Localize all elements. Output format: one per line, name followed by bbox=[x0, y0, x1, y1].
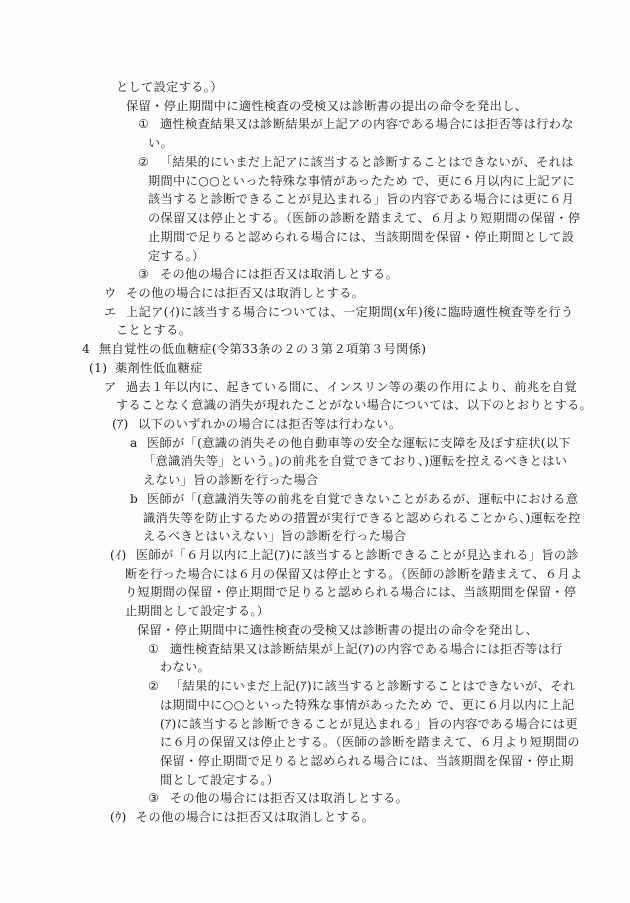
document-line: の保留又は停止とする。（医師の診断を踏まえて、６月より短期間の保留・停 bbox=[148, 210, 580, 226]
line-text: 保留・停止期間中に適性検査の受検又は診断書の提出の命令を発出し、 bbox=[137, 623, 538, 637]
list-marker: ② bbox=[148, 678, 170, 694]
list-marker: a bbox=[130, 435, 147, 451]
line-text: 薬剤性低血糖症 bbox=[115, 361, 203, 375]
list-marker: ウ bbox=[104, 285, 126, 301]
document-line: 該当すると診断できることが見込まれる」旨の内容である場合には更に６月 bbox=[148, 191, 574, 207]
line-text: 間として設定する。） bbox=[160, 773, 279, 787]
list-marker: b bbox=[130, 491, 147, 507]
list-marker: 4 bbox=[82, 341, 99, 357]
line-text: こととする。 bbox=[116, 323, 191, 337]
line-text: 「結果的にいまだ上記アに該当すると診断することはできないが、それは bbox=[160, 155, 574, 169]
document-line: わない。 bbox=[160, 659, 210, 675]
list-marker: ③ bbox=[138, 266, 160, 282]
line-text: 識消失等を防止するための措置が実行できると認められることから、)運転を控 bbox=[143, 511, 581, 525]
line-text: 適性検査結果又は診断結果が上記アの内容である場合には拒否等は行わな bbox=[160, 117, 574, 131]
line-text: (ｱ)に該当すると診断できることが見込まれる」旨の内容である場合には更 bbox=[160, 717, 578, 731]
document-line: ウその他の場合には拒否又は取消しとする。 bbox=[104, 285, 364, 301]
document-line: ①適性検査結果又は診断結果が上記アの内容である場合には拒否等は行わな bbox=[138, 116, 574, 132]
line-text: 「結果的にいまだ上記(ｱ)に該当すると診断することはできないが、それ bbox=[170, 679, 575, 693]
line-text: 止期間で足りると認められる場合には、当該期間を保留・停止期間として設 bbox=[148, 230, 574, 244]
line-text: は期間中に○○といった特殊な事情があったため で、更に６月以内に上記 bbox=[160, 698, 575, 712]
line-text: その他の場合には拒否又は取消しとする。 bbox=[126, 286, 364, 300]
line-text: 医師が「(意識の消失その他自動車等の安全な運転に支障を及ぼす症状(以下 bbox=[147, 436, 571, 450]
line-text: の保留又は停止とする。（医師の診断を踏まえて、６月より短期間の保留・停 bbox=[148, 211, 580, 225]
document-line: (1)薬剤性低血糖症 bbox=[89, 360, 203, 376]
document-line: 保留・停止期間中に適性検査の受検又は診断書の提出の命令を発出し、 bbox=[126, 98, 527, 114]
line-text: 該当すると診断できることが見込まれる」旨の内容である場合には更に６月 bbox=[148, 192, 574, 206]
list-marker: エ bbox=[104, 304, 126, 320]
line-text: わない。 bbox=[160, 660, 210, 674]
document-line: えるべきとはいえない」旨の診断を行った場合 bbox=[143, 528, 406, 544]
document-line: 止期間として設定する。） bbox=[125, 603, 269, 619]
list-marker: ② bbox=[138, 154, 160, 170]
document-line: ③その他の場合には拒否又は取消しとする。 bbox=[148, 790, 408, 806]
document-line: 期間中に○○といった特殊な事情があったため で、更に６月以内に上記アに bbox=[148, 173, 575, 189]
line-text: 無自覚性の低血糖症(令第33条の２の３第２項第３号関係) bbox=[99, 342, 426, 356]
line-text: 止期間として設定する。） bbox=[125, 604, 269, 618]
document-line: こととする。 bbox=[116, 322, 191, 338]
line-text: 適性検査結果又は診断結果が上記(ｱ)の内容である場合には拒否等は行 bbox=[170, 642, 563, 656]
document-line: (ｳ)その他の場合には拒否又は取消しとする。 bbox=[110, 809, 374, 825]
document-line: 識消失等を防止するための措置が実行できると認められることから、)運転を控 bbox=[143, 510, 581, 526]
line-text: 断を行った場合には６月の保留又は停止とする。（医師の診断を踏まえて、６月よ bbox=[125, 567, 583, 581]
document-line: い。 bbox=[148, 135, 173, 151]
document-line: エ上記ア(ｲ)に該当する場合については、一定期間(x年)後に臨時適性検査等を行う bbox=[104, 304, 574, 320]
line-text: 上記ア(ｲ)に該当する場合については、一定期間(x年)後に臨時適性検査等を行う bbox=[126, 305, 574, 319]
line-text: 医師が「６月以内に上記(ｱ)に該当すると診断できることが見込まれる」旨の診 bbox=[136, 548, 579, 562]
document-line: 止期間で足りると認められる場合には、当該期間を保留・停止期間として設 bbox=[148, 229, 574, 245]
list-marker: ③ bbox=[148, 790, 170, 806]
document-line: に６月の保留又は停止とする。（医師の診断を踏まえて、６月より短期間の bbox=[160, 734, 580, 750]
document-line: することなく意識の消失が現れたことがない場合については、以下のとおりとする。 bbox=[116, 397, 592, 413]
document-line: は期間中に○○といった特殊な事情があったため で、更に６月以内に上記 bbox=[160, 697, 575, 713]
document-line: として設定する。） bbox=[116, 79, 223, 95]
list-marker: (ｲ) bbox=[110, 547, 136, 563]
document-line: 保留・停止期間中に適性検査の受検又は診断書の提出の命令を発出し、 bbox=[137, 622, 538, 638]
document-line: り短期間の保留・停止期間で足りると認められる場合には、当該期間を保留・停 bbox=[125, 584, 576, 600]
document-line: ①適性検査結果又は診断結果が上記(ｱ)の内容である場合には拒否等は行 bbox=[148, 641, 563, 657]
list-marker: ア bbox=[104, 379, 126, 395]
document-line: ②「結果的にいまだ上記アに該当すると診断することはできないが、それは bbox=[138, 154, 574, 170]
line-text: 「意識消失等」という。)の前兆を自覚できており、)運転を控えるべきとはい bbox=[143, 454, 567, 468]
line-text: 以下のいずれかの場合には拒否等は行わない。 bbox=[138, 417, 401, 431]
line-text: その他の場合には拒否又は取消しとする。 bbox=[170, 791, 408, 805]
document-line: (ｱ)に該当すると診断できることが見込まれる」旨の内容である場合には更 bbox=[160, 716, 578, 732]
document-line: 4無自覚性の低血糖症(令第33条の２の３第２項第３号関係) bbox=[82, 341, 426, 357]
line-text: えない」旨の診断を行った場合 bbox=[143, 473, 319, 487]
line-text: 医師が「(意識消失等の前兆を自覚できないことがあるが、運転中における意 bbox=[147, 492, 578, 506]
document-line: (ｲ)医師が「６月以内に上記(ｱ)に該当すると診断できることが見込まれる」旨の診 bbox=[110, 547, 579, 563]
document-line: (ｱ)以下のいずれかの場合には拒否等は行わない。 bbox=[112, 416, 401, 432]
line-text: することなく意識の消失が現れたことがない場合については、以下のとおりとする。 bbox=[116, 398, 592, 412]
document-line: ③その他の場合には拒否又は取消しとする。 bbox=[138, 266, 398, 282]
document-page: として設定する。）保留・停止期間中に適性検査の受検又は診断書の提出の命令を発出し… bbox=[0, 0, 630, 903]
line-text: 保留・停止期間で足りると認められる場合には、当該期間を保留・停止期 bbox=[160, 754, 574, 768]
line-text: り短期間の保留・停止期間で足りると認められる場合には、当該期間を保留・停 bbox=[125, 585, 576, 599]
document-line: a医師が「(意識の消失その他自動車等の安全な運転に支障を及ぼす症状(以下 bbox=[130, 435, 571, 451]
list-marker: ① bbox=[148, 641, 170, 657]
list-marker: (ｱ) bbox=[112, 416, 138, 432]
document-line: 定する。） bbox=[148, 248, 205, 264]
line-text: 期間中に○○といった特殊な事情があったため で、更に６月以内に上記アに bbox=[148, 174, 575, 188]
line-text: に６月の保留又は停止とする。（医師の診断を踏まえて、６月より短期間の bbox=[160, 735, 580, 749]
document-line: 間として設定する。） bbox=[160, 772, 279, 788]
document-line: 「意識消失等」という。)の前兆を自覚できており、)運転を控えるべきとはい bbox=[143, 453, 567, 469]
document-line: ②「結果的にいまだ上記(ｱ)に該当すると診断することはできないが、それ bbox=[148, 678, 575, 694]
line-text: い。 bbox=[148, 136, 173, 150]
line-text: えるべきとはいえない」旨の診断を行った場合 bbox=[143, 529, 406, 543]
line-text: その他の場合には拒否又は取消しとする。 bbox=[160, 267, 398, 281]
document-line: 断を行った場合には６月の保留又は停止とする。（医師の診断を踏まえて、６月よ bbox=[125, 566, 583, 582]
document-line: b医師が「(意識消失等の前兆を自覚できないことがあるが、運転中における意 bbox=[130, 491, 578, 507]
line-text: 保留・停止期間中に適性検査の受検又は診断書の提出の命令を発出し、 bbox=[126, 99, 527, 113]
line-text: として設定する。） bbox=[116, 80, 223, 94]
line-text: 定する。） bbox=[148, 249, 205, 263]
line-text: その他の場合には拒否又は取消しとする。 bbox=[136, 810, 374, 824]
list-marker: (ｳ) bbox=[110, 809, 136, 825]
list-marker: ① bbox=[138, 116, 160, 132]
line-text: 過去１年以内に、起きている間に、インスリン等の薬の作用により、前兆を自覚 bbox=[126, 380, 577, 394]
list-marker: (1) bbox=[89, 360, 115, 376]
document-line: 保留・停止期間で足りると認められる場合には、当該期間を保留・停止期 bbox=[160, 753, 574, 769]
document-line: ア過去１年以内に、起きている間に、インスリン等の薬の作用により、前兆を自覚 bbox=[104, 379, 577, 395]
document-line: えない」旨の診断を行った場合 bbox=[143, 472, 319, 488]
